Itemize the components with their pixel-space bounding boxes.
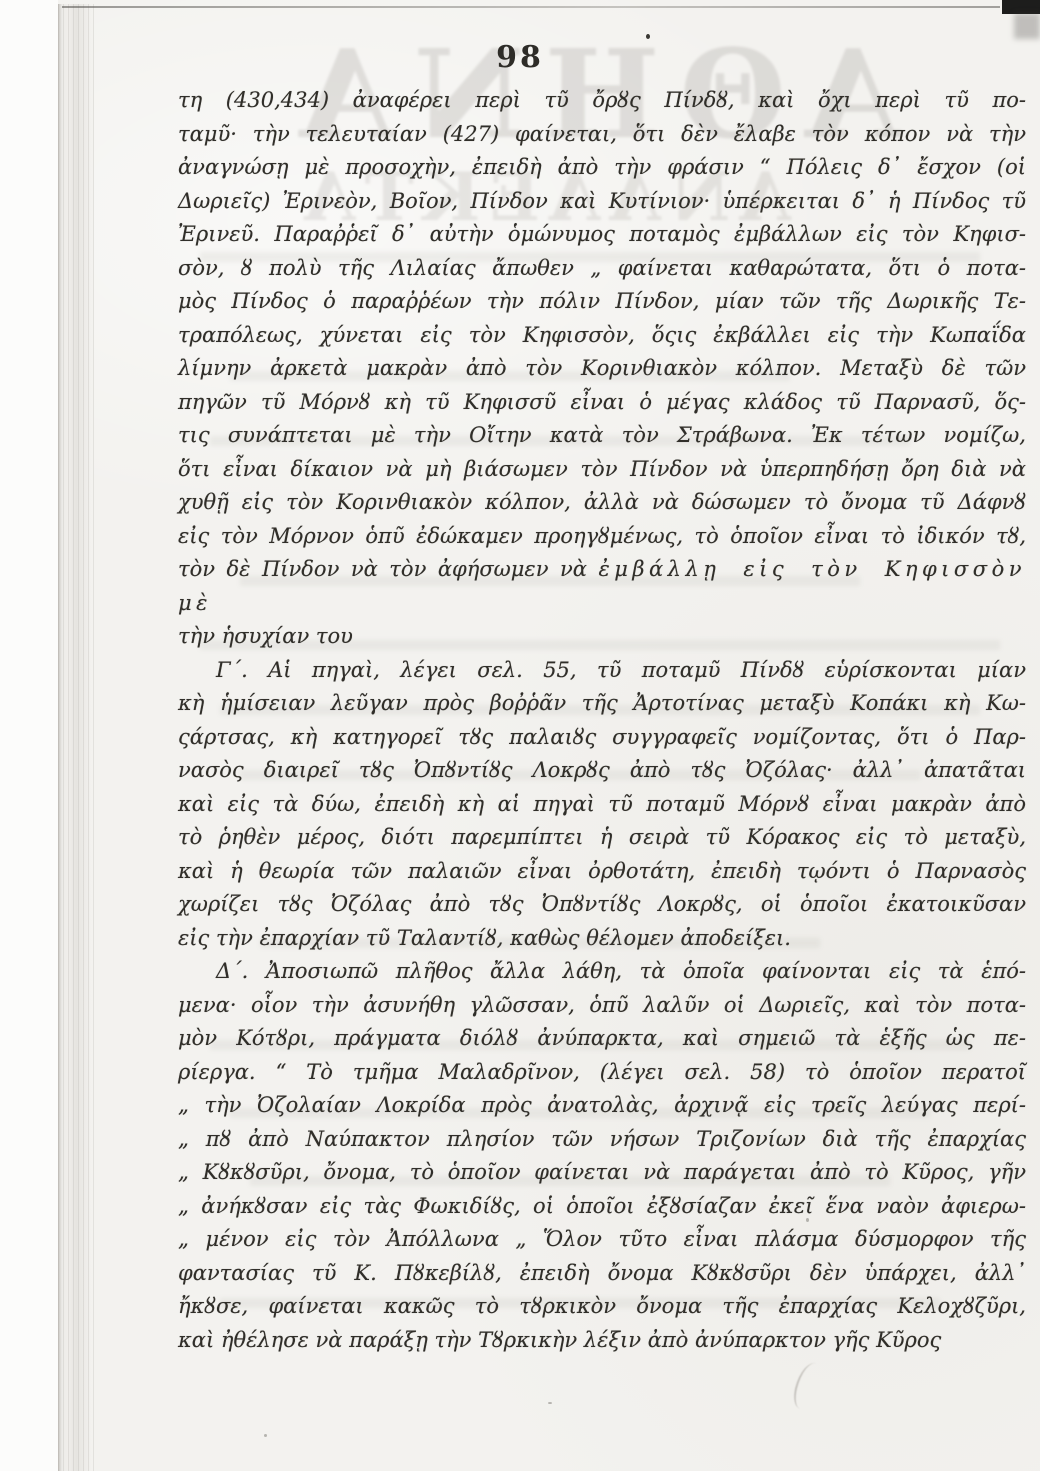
text-line: τραπόλεως, χύνεται εἰς τὸν Κηφισσὸν, ὅςι… <box>178 319 1026 353</box>
ink-speck <box>646 34 650 39</box>
text-line: κὴ ἡμίσειαν λεῦγαν πρὸς βοῤῥᾶν τῆς Ἀρτοτ… <box>178 687 1026 721</box>
text-run: ἀναγνώσῃ μὲ προσοχὴν, ἐπειδὴ ἀπὸ τὴν φρά… <box>178 155 1026 179</box>
text-run: φαντασίας τῦ Κ. Πȣκεβίλȣ, ἐπειδὴ ὄνομα Κ… <box>178 1261 1026 1285</box>
text-run: καὶ ἠθέλησε νὰ παράξῃ τὴν Τȣρκικὴν λέξιν… <box>178 1328 941 1352</box>
text-run: Δωριεῖς) Ἐρινεὸν, Βοῖον, Πίνδον καὶ Κυτί… <box>178 189 1026 213</box>
text-run: τις συνάπτεται μὲ τὴν Οἴτην κατὰ τὸν Στρ… <box>178 423 1026 447</box>
text-run: μὸς Πίνδος ὁ παραῤῥέων τὴν πόλιν Πίνδον,… <box>178 289 1026 313</box>
text-run: „ ἀνήκȣσαν εἰς τὰς Φωκιδίȣς, οἱ ὁποῖοι ἐ… <box>178 1194 1026 1218</box>
text-run: τὴν ἡσυχίαν του <box>178 624 353 648</box>
text-run: κὴ ἡμίσειαν λεῦγαν πρὸς βοῤῥᾶν τῆς Ἀρτοτ… <box>178 691 1026 715</box>
text-line: ἤκȣσε, φαίνεται κακῶς τὸ τȣρκικὸν ὄνομα … <box>178 1290 1026 1324</box>
text-line: νασὸς διαιρεῖ τȣς Ὀπȣντίȣς Λοκρȣς ἀπὸ τȣ… <box>178 754 1026 788</box>
text-run: „ μένον εἰς τὸν Ἀπόλλωνα „ Ὅλον τῦτο εἶν… <box>178 1227 1026 1251</box>
text-run: Ἐρινεῦ. Παραῤῥεῖ δ᾽ αὐτὴν ὁμώνυμος ποταμ… <box>178 222 1026 246</box>
text-line: καὶ εἰς τὰ δύω, ἐπειδὴ κὴ αἱ πηγαὶ τῦ πο… <box>178 788 1026 822</box>
text-line: τη (430,434) ἀναφέρει περὶ τῦ ὄρȣς Πίνδȣ… <box>178 84 1026 118</box>
text-line: Δ΄. Ἀποσιωπῶ πλῆθος ἄλλα λάθη, τὰ ὁποῖα … <box>178 955 1026 989</box>
text-run: ρίεργα. “ Τὸ τμῆμα Μαλαδρῖνον, (λέγει σε… <box>178 1060 1026 1084</box>
scan-outer-margin <box>0 0 58 1471</box>
text-run: „ τὴν Ὀζολαίαν Λοκρίδα πρὸς ἀνατολὰς, ἀρ… <box>178 1093 1026 1117</box>
text-run: ἤκȣσε, φαίνεται κακῶς τὸ τȣρκικὸν ὄνομα … <box>178 1294 1026 1318</box>
text-line: ὅτι εἶναι δίκαιον νὰ μὴ βιάσωμεν τὸν Πίν… <box>178 453 1026 487</box>
text-run: „ πȣ ἀπὸ Ναύπακτον πλησίον τῶν νήσων Τρι… <box>178 1127 1026 1151</box>
text-line: μὸς Πίνδος ὁ παραῤῥέων τὴν πόλιν Πίνδον,… <box>178 285 1026 319</box>
text-run: χωρίζει τȣς Ὀζόλας ἀπὸ τȣς Ὀπȣντίȣς Λοκρ… <box>178 892 1026 916</box>
text-line: φαντασίας τῦ Κ. Πȣκεβίλȣ, ἐπειδὴ ὄνομα Κ… <box>178 1257 1026 1291</box>
text-run: πηγῶν τῦ Μόρνȣ κὴ τῦ Κηφισσῦ εἶναι ὁ μέγ… <box>178 390 1026 414</box>
text-run: μενα· οἷον τὴν ἀσυνήθη γλῶσσαν, ὁπῦ λαλῦ… <box>178 993 1026 1017</box>
text-run: λίμνην ἀρκετὰ μακρὰν ἀπὸ τὸν Κορινθιακὸν… <box>178 356 1026 380</box>
text-run: καὶ εἰς τὰ δύω, ἐπειδὴ κὴ αἱ πηγαὶ τῦ πο… <box>178 792 1026 816</box>
text-line: „ πȣ ἀπὸ Ναύπακτον πλησίον τῶν νήσων Τρι… <box>178 1123 1026 1157</box>
text-run: ὅτι εἶναι δίκαιον νὰ μὴ βιάσωμεν τὸν Πίν… <box>178 457 1026 481</box>
text-run: „ Κȣκȣσῦρι, ὄνομα, τὸ ὁποῖον φαίνεται νὰ… <box>178 1160 1026 1184</box>
text-line: καὶ ἠθέλησε νὰ παράξῃ τὴν Τȣρκικὴν λέξιν… <box>178 1324 1026 1358</box>
text-run: Γ΄. Αἱ πηγαὶ, λέγει σελ. 55, τῦ ποταμῦ Π… <box>216 658 1026 682</box>
text-line: εἰς τὸν Μόρνον ὁπῦ ἐδώκαμεν προηγȣμένως,… <box>178 520 1026 554</box>
text-line: χυθῇ εἰς τὸν Κορινθιακὸν κόλπον, ἀλλὰ νὰ… <box>178 486 1026 520</box>
text-line: ἀναγνώσῃ μὲ προσοχὴν, ἐπειδὴ ἀπὸ τὴν φρά… <box>178 151 1026 185</box>
text-line: μὸν Κότȣρι, πράγματα διόλȣ ἀνύπαρκτα, κα… <box>178 1022 1026 1056</box>
book-page-edge <box>58 4 94 1471</box>
text-line: λίμνην ἀρκετὰ μακρὰν ἀπὸ τὸν Κορινθιακὸν… <box>178 352 1026 386</box>
text-run: μὸν Κότȣρι, πράγματα διόλȣ ἀνύπαρκτα, κα… <box>178 1026 1026 1050</box>
text-run: ςάρτσας, κὴ κατηγορεῖ τȣς παλαιȣς συγγρα… <box>178 725 1026 749</box>
text-line: Ἐρινεῦ. Παραῤῥεῖ δ᾽ αὐτὴν ὁμώνυμος ποταμ… <box>178 218 1026 252</box>
text-line: „ τὴν Ὀζολαίαν Λοκρίδα πρὸς ἀνατολὰς, ἀρ… <box>178 1089 1026 1123</box>
text-line: „ Κȣκȣσῦρι, ὄνομα, τὸ ὁποῖον φαίνεται νὰ… <box>178 1156 1026 1190</box>
text-line: μενα· οἷον τὴν ἀσυνήθη γλῶσσαν, ὁπῦ λαλῦ… <box>178 989 1026 1023</box>
page-number: 98 <box>0 40 1040 75</box>
text-line: „ μένον εἰς τὸν Ἀπόλλωνα „ Ὅλον τῦτο εἶν… <box>178 1223 1026 1257</box>
text-line: πηγῶν τῦ Μόρνȣ κὴ τῦ Κηφισσῦ εἶναι ὁ μέγ… <box>178 386 1026 420</box>
text-line: τὸν δὲ Πίνδον νὰ τὸν ἀφήσωμεν νὰ ἐμβάλλῃ… <box>178 553 1026 620</box>
text-run: ταμῦ· τὴν τελευταίαν (427) φαίνεται, ὅτι… <box>178 122 1026 146</box>
text-run: νασὸς διαιρεῖ τȣς Ὀπȣντίȣς Λοκρȣς ἀπὸ τȣ… <box>178 758 1026 782</box>
text-line: Δωριεῖς) Ἐρινεὸν, Βοῖον, Πίνδον καὶ Κυτί… <box>178 185 1026 219</box>
text-run: καὶ ἡ θεωρία τῶν παλαιῶν εἶναι ὀρθοτάτη,… <box>178 859 1026 883</box>
text-run: τραπόλεως, χύνεται εἰς τὸν Κηφισσὸν, ὅςι… <box>178 323 1026 347</box>
text-run: εἰς τὸν Μόρνον ὁπῦ ἐδώκαμεν προηγȣμένως,… <box>178 524 1026 548</box>
scanner-corner-smudge <box>1014 13 1040 39</box>
text-run: τη (430,434) ἀναφέρει περὶ τῦ ὄρȣς Πίνδȣ… <box>178 88 1026 112</box>
text-line: τὴν ἡσυχίαν του <box>178 620 1026 654</box>
text-line: τις συνάπτεται μὲ τὴν Οἴτην κατὰ τὸν Στρ… <box>178 419 1026 453</box>
text-line: ςάρτσας, κὴ κατηγορεῖ τȣς παλαιȣς συγγρα… <box>178 721 1026 755</box>
text-line: χωρίζει τȣς Ὀζόλας ἀπὸ τȣς Ὀπȣντίȣς Λοκρ… <box>178 888 1026 922</box>
text-line: „ ἀνήκȣσαν εἰς τὰς Φωκιδίȣς, οἱ ὁποῖοι ἐ… <box>178 1190 1026 1224</box>
text-block: τη (430,434) ἀναφέρει περὶ τῦ ὄρȣς Πίνδȣ… <box>178 84 1026 1357</box>
text-line: τὸ ῥηθὲν μέρος, διότι παρεμπίπτει ἡ σειρ… <box>178 821 1026 855</box>
text-run: σὸν, ȣ πολὺ τῆς Λιλαίας ἄπωθεν „ φαίνετα… <box>178 256 1026 280</box>
dust-speck <box>548 1402 552 1404</box>
page-top-edge-line <box>62 6 1000 8</box>
text-run: τὸ ῥηθὲν μέρος, διότι παρεμπίπτει ἡ σειρ… <box>178 825 1026 849</box>
text-line: ρίεργα. “ Τὸ τμῆμα Μαλαδρῖνον, (λέγει σε… <box>178 1056 1026 1090</box>
text-run: Δ΄. Ἀποσιωπῶ πλῆθος ἄλλα λάθη, τὰ ὁποῖα … <box>216 959 1026 983</box>
dust-speck <box>264 1434 267 1437</box>
text-line: ταμῦ· τὴν τελευταίαν (427) φαίνεται, ὅτι… <box>178 118 1026 152</box>
text-line: σὸν, ȣ πολὺ τῆς Λιλαίας ἄπωθεν „ φαίνετα… <box>178 252 1026 286</box>
text-line: εἰς τὴν ἐπαρχίαν τῦ Ταλαντίȣ, καθὼς θέλο… <box>178 922 1026 956</box>
text-run: εἰς τὴν ἐπαρχίαν τῦ Ταλαντίȣ, καθὼς θέλο… <box>178 926 791 950</box>
text-line: Γ΄. Αἱ πηγαὶ, λέγει σελ. 55, τῦ ποταμῦ Π… <box>178 654 1026 688</box>
text-run: χυθῇ εἰς τὸν Κορινθιακὸν κόλπον, ἀλλὰ νὰ… <box>178 490 1026 514</box>
text-line: καὶ ἡ θεωρία τῶν παλαιῶν εἶναι ὀρθοτάτη,… <box>178 855 1026 889</box>
text-run: τὸν δὲ Πίνδον νὰ τὸν ἀφήσωμεν νὰ <box>178 557 598 581</box>
scanner-corner-mark <box>1002 0 1040 14</box>
dust-speck <box>806 1218 809 1222</box>
